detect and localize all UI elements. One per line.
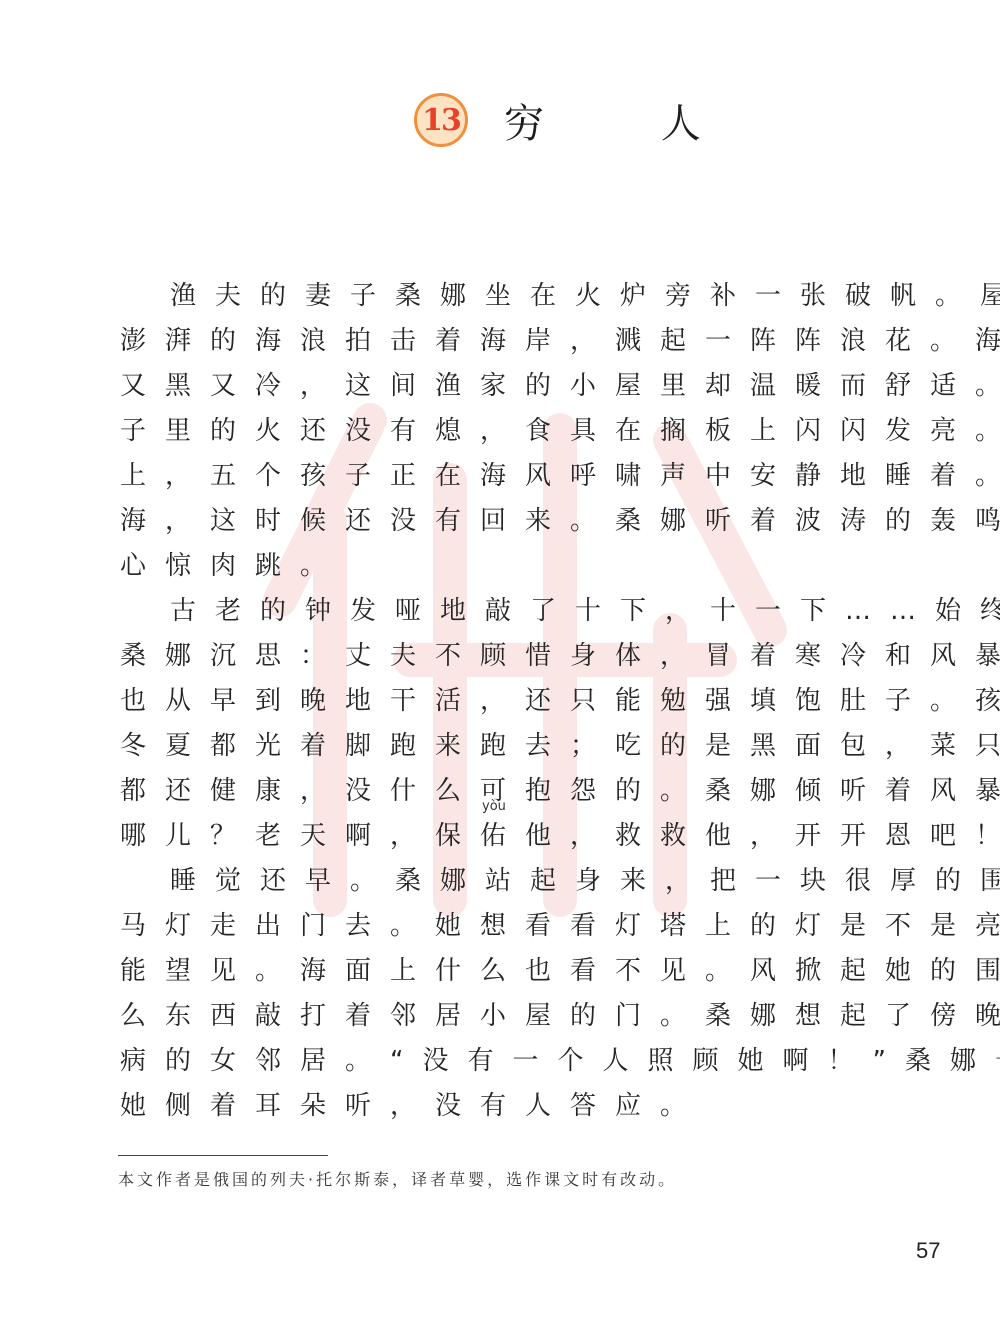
text-line: 子里的火还没有熄，食具在搁板上闪闪发亮。挂着白色帐子的床	[120, 409, 950, 454]
text-line: 桑娜沉思：丈夫不顾惜身体，冒着寒冷和风暴出去打鱼，她自己	[120, 634, 950, 679]
lesson-body: 渔夫的妻子桑娜坐在火炉旁补一张破帆。屋外寒风呼啸，汹涌 澎湃的海浪拍击着海岸，溅…	[120, 274, 950, 1129]
text-line: 么东西敲打着邻居小屋的门。桑娜想起了傍晚就想去探望的那个生	[120, 994, 950, 1039]
text-line: 古老的钟发哑地敲了十下，十一下……始终不见丈夫回来。	[120, 589, 950, 634]
text-line: 又黑又冷，这间渔家的小屋里却温暖而舒适。地扫得干干净净，炉	[120, 364, 950, 409]
lesson-number: 13	[422, 103, 460, 138]
paragraph-1: 渔夫的妻子桑娜坐在火炉旁补一张破帆。屋外寒风呼啸，汹涌 澎湃的海浪拍击着海岸，溅…	[120, 274, 950, 589]
text-line: 也从早到晚地干活，还只能勉强填饱肚子。孩子们没有鞋穿，不论	[120, 679, 950, 724]
text-line: 冬夏都光着脚跑来跑去；吃的是黑面包，菜只有鱼。不过，孩子们	[120, 724, 950, 769]
lesson-title: 穷 人	[504, 92, 753, 149]
pinyin-annotated-char: yòu佑	[480, 814, 525, 859]
text-line: 能望见。海面上什么也看不见。风掀起她的围巾，卷着被刮断的什	[120, 949, 950, 994]
lesson-number-badge: 13	[414, 93, 468, 147]
text-line: 心惊肉跳。	[120, 544, 950, 589]
text-line: 海，这时候还没有回来。桑娜听着波涛的轰鸣和狂风的怒吼，感到	[120, 499, 950, 544]
text-line: 上，五个孩子正在海风呼啸声中安静地睡着。丈夫清早驾着小船出	[120, 454, 950, 499]
paragraph-2: 古老的钟发哑地敲了十下，十一下……始终不见丈夫回来。 桑娜沉思：丈夫不顾惜身体，…	[120, 589, 950, 859]
text-line: 渔夫的妻子桑娜坐在火炉旁补一张破帆。屋外寒风呼啸，汹涌	[120, 274, 950, 319]
text-line: 都还健康，没什么可抱怨的。桑娜倾听着风暴的声音。“他现在在	[120, 769, 950, 814]
paragraph-3: 睡觉还早。桑娜站起身来，把一块很厚的围巾包在头上，提着 马灯走出门去。她想看看灯…	[120, 859, 950, 1129]
page-number: 57	[916, 1238, 940, 1264]
pinyin-annotation: yòu	[482, 800, 506, 813]
text-line: 她侧着耳朵听，没有人答应。	[120, 1084, 950, 1129]
text-line: 病的女邻居。“没有一个人照顾她啊！”桑娜一边想一边敲了敲门。	[120, 1039, 950, 1084]
footnote: 本文作者是俄国的列夫·托尔斯泰，译者草婴，选作课文时有改动。	[118, 1167, 677, 1190]
annotated-char: 佑	[480, 821, 525, 851]
text-segment: 哪儿？老天啊，保	[120, 821, 480, 851]
text-segment: 他，救救他，开开恩吧！”她自言自语着。	[525, 821, 1000, 851]
lesson-header: 13 穷 人	[414, 88, 753, 152]
text-line: 睡觉还早。桑娜站起身来，把一块很厚的围巾包在头上，提着	[120, 859, 950, 904]
footnote-divider	[118, 1155, 328, 1156]
text-line: 马灯走出门去。她想看看灯塔上的灯是不是亮着，丈夫的小船能不	[120, 904, 950, 949]
text-line-with-pinyin: 哪儿？老天啊，保yòu佑他，救救他，开开恩吧！”她自言自语着。	[120, 814, 950, 859]
text-line: 澎湃的海浪拍击着海岸，溅起一阵阵浪花。海上正起着风暴，外面	[120, 319, 950, 364]
